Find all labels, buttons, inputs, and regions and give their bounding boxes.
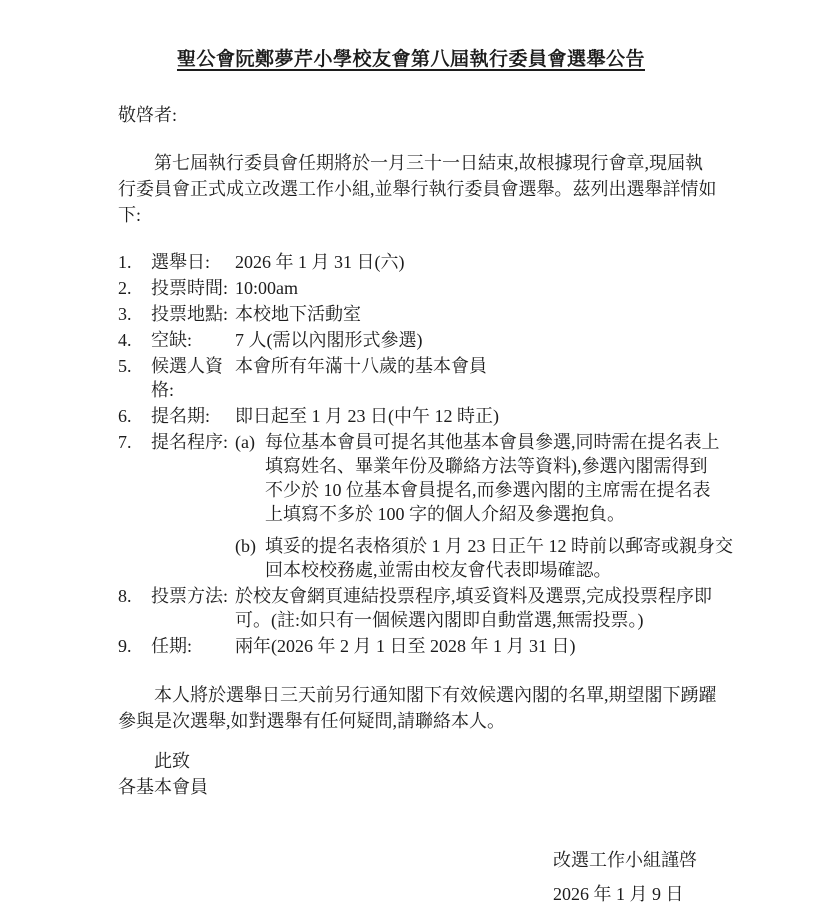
text-line: 參與是次選舉,如對選舉有任何疑問,請聯絡本人。 (118, 708, 737, 734)
list-item-nomination-period: 6. 提名期: 即日起至 1 月 23 日(中午 12 時正) (118, 404, 737, 428)
item-value: 即日起至 1 月 23 日(中午 12 時正) (235, 404, 737, 428)
list-item-voting-venue: 3. 投票地點: 本校地下活動室 (118, 302, 737, 326)
text-line: 第七屆執行委員會任期將於一月三十一日結束,故根據現行會章,現屆執 (118, 150, 737, 176)
item-label: 投票地點: (151, 302, 235, 326)
signature-date: 2026 年 1 月 9 日 (553, 877, 737, 911)
item-number: 1. (118, 250, 151, 274)
subitem-a: (a) 每位基本會員可提名其他基本會員參選,同時需在提名表上 填寫姓名、畢業年份… (235, 430, 737, 526)
list-item-voting-method: 8. 投票方法: 於校友會網頁連結投票程序,填妥資料及選票,完成投票程序即 可。… (118, 584, 737, 632)
closing-paragraph: 本人將於選舉日三天前另行通知閣下有效候選內閣的名單,期望閣下踴躍 參與是次選舉,… (118, 682, 737, 734)
item-label: 任期: (151, 634, 235, 658)
signature-block: 改選工作小組謹啓 2026 年 1 月 9 日 (553, 843, 737, 911)
item-number: 9. (118, 634, 151, 658)
text-line: 本人將於選舉日三天前另行通知閣下有效候選內閣的名單,期望閣下踴躍 (118, 682, 737, 708)
text-line: 下: (118, 202, 737, 228)
signer-name: 改選工作小組謹啓 (553, 843, 737, 877)
recipient: 各基本會員 (118, 774, 737, 800)
item-number: 4. (118, 328, 151, 352)
item-label: 空缺: (151, 328, 235, 352)
document-title: 聖公會阮鄭夢芹小學校友會第八屆執行委員會選舉公告 (0, 46, 822, 74)
list-item-voting-time: 2. 投票時間: 10:00am (118, 276, 737, 300)
salutation: 敬啓者: (118, 102, 737, 128)
list-item-election-day: 1. 選舉日: 2026 年 1 月 31 日(六) (118, 250, 737, 274)
item-value: 7 人(需以內閣形式參選) (235, 328, 737, 352)
valediction: 此致 (118, 748, 737, 774)
list-item-term-of-office: 9. 任期: 兩年(2026 年 2 月 1 日至 2028 年 1 月 31 … (118, 634, 737, 658)
item-label: 選舉日: (151, 250, 235, 274)
item-label: 投票方法: (151, 584, 235, 632)
intro-paragraph: 第七屆執行委員會任期將於一月三十一日結束,故根據現行會章,現屆執 行委員會正式成… (118, 150, 737, 228)
item-number: 6. (118, 404, 151, 428)
item-number: 7. (118, 430, 151, 582)
list-item-candidate-eligibility: 5. 候選人資 格: 本會所有年滿十八歲的基本會員 (118, 354, 737, 402)
list-item-vacancies: 4. 空缺: 7 人(需以內閣形式參選) (118, 328, 737, 352)
subitem-marker: (b) (235, 534, 265, 582)
item-number: 8. (118, 584, 151, 632)
item-value: 本校地下活動室 (235, 302, 737, 326)
item-number: 3. (118, 302, 151, 326)
item-value: (a) 每位基本會員可提名其他基本會員參選,同時需在提名表上 填寫姓名、畢業年份… (235, 430, 737, 582)
item-value: 10:00am (235, 276, 737, 300)
announcement-document: 聖公會阮鄭夢芹小學校友會第八屆執行委員會選舉公告 敬啓者: 第七屆執行委員會任期… (0, 0, 822, 922)
item-label: 提名期: (151, 404, 235, 428)
item-number: 5. (118, 354, 151, 402)
item-label: 候選人資 格: (151, 354, 235, 402)
subitem-b: (b) 填妥的提名表格須於 1 月 23 日正午 12 時前以郵寄或親身交 回本… (235, 534, 737, 582)
item-value: 於校友會網頁連結投票程序,填妥資料及選票,完成投票程序即 可。(註:如只有一個候… (235, 584, 737, 632)
subitem-marker: (a) (235, 430, 265, 526)
text-line: 行委員會正式成立改選工作小組,並舉行執行委員會選舉。茲列出選舉詳情如 (118, 176, 737, 202)
list-item-nomination-procedure: 7. 提名程序: (a) 每位基本會員可提名其他基本會員參選,同時需在提名表上 … (118, 430, 737, 582)
item-number: 2. (118, 276, 151, 300)
item-value: 2026 年 1 月 31 日(六) (235, 250, 737, 274)
election-details-list: 1. 選舉日: 2026 年 1 月 31 日(六) 2. 投票時間: 10:0… (118, 250, 737, 658)
item-value: 本會所有年滿十八歲的基本會員 (235, 354, 737, 402)
item-value: 兩年(2026 年 2 月 1 日至 2028 年 1 月 31 日) (235, 634, 737, 658)
item-label: 投票時間: (151, 276, 235, 300)
item-label: 提名程序: (151, 430, 235, 582)
